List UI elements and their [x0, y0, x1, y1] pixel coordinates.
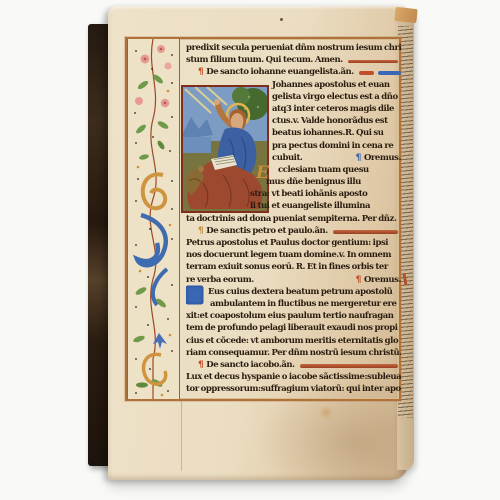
rubric-swash	[359, 71, 374, 75]
rubric-line: ¶De sancto iohanne euangelista.ãn.	[186, 66, 401, 78]
manuscript-line: cius et cõcede: vt amborum meritis etern…	[186, 335, 401, 347]
manuscript-line: Eus cuius dextera beatum petrum apostolũ	[186, 286, 401, 298]
oremus-label: Oremus.	[364, 274, 401, 286]
manuscript-line: gelista virgo electus est a dño	[186, 91, 401, 103]
manuscript-line: Johannes apostolus et euan	[186, 79, 401, 91]
manuscript-line: Ecclesiam tuam quesu	[186, 164, 401, 176]
manuscript-line: Lux et decus hyspanie o iacobe sãctissim…	[186, 371, 401, 383]
rubric-line: ¶De sancto iacobo.ãn.	[186, 359, 401, 371]
floral-border	[127, 39, 180, 399]
manuscript-line: xit:et coapostolum eius paulum tertio na…	[186, 310, 401, 322]
floral-border-art	[128, 39, 179, 399]
manuscript-line: tem de profundo pelagi liberauit exaudi …	[186, 322, 401, 334]
manuscript-line: pra pectus domini in cena re	[186, 140, 401, 152]
manuscript-line: cubuit.¶Oremus.	[186, 152, 401, 164]
page-edge-top	[394, 7, 417, 23]
stain	[318, 406, 334, 419]
text-block-frame: predixit secula perueniat dñm nostrum ie…	[125, 37, 401, 401]
manuscript-line: Petrus apostolus et Paulus doctor gentiu…	[186, 237, 401, 249]
pilcrow-icon: ¶	[356, 274, 361, 286]
manuscript-line: re verba eorum.¶Oremus.	[186, 274, 401, 286]
manuscript-line: predixit secula perueniat dñm nostrum ie…	[186, 42, 401, 54]
line-filler	[300, 364, 398, 368]
rubric-line: ¶De sanctis petro et paulo.ãn.	[186, 225, 401, 237]
pilcrow-icon: ¶	[356, 152, 361, 164]
manuscript-line: nos docuerunt legem tuam domine.v. In om…	[186, 249, 401, 261]
manuscript-line: li tui et euangeliste illumina	[186, 200, 401, 212]
manuscript-line: stra: vt beati iohãnis aposto	[186, 188, 401, 200]
oremus-label: Oremus.	[364, 152, 401, 164]
book-photo: predixit secula perueniat dñm nostrum ie…	[0, 0, 500, 500]
pilcrow-icon: ¶	[198, 225, 203, 237]
manuscript-line: terram exiuit sonus eorū. R. Et in fines…	[186, 261, 401, 273]
stain	[280, 18, 283, 21]
manuscript-line: stum filium tuum. Qui tecum. Amen.	[186, 54, 401, 66]
page-crease	[181, 401, 182, 471]
manuscript-line: tor oppressorum:suffragium viatorũ: qui …	[186, 383, 401, 395]
line-filler	[348, 60, 398, 64]
rubric-swash	[378, 71, 401, 75]
line-filler	[333, 230, 398, 234]
pilcrow-icon: ¶	[198, 359, 203, 371]
manuscript-line: beatus iohannes.R. Qui su	[186, 127, 401, 139]
manuscript-line: ctus.v. Valde honorãdus est	[186, 115, 401, 127]
manuscript-line: ambulantem in fluctibus ne mergeretur er…	[186, 298, 401, 310]
pilcrow-icon: ¶	[198, 66, 203, 78]
text-column: predixit secula perueniat dñm nostrum ie…	[186, 42, 401, 398]
manuscript-line: ta doctrinis ad dona pueniat sempiterna.…	[186, 213, 401, 225]
manuscript-line: riam consequamur. Per dñm nostrũ iesum c…	[186, 347, 401, 359]
manuscript-line: mus dñe benignus illu	[186, 176, 401, 188]
manuscript-line: atq3 inter ceteros magis dile	[186, 103, 401, 115]
